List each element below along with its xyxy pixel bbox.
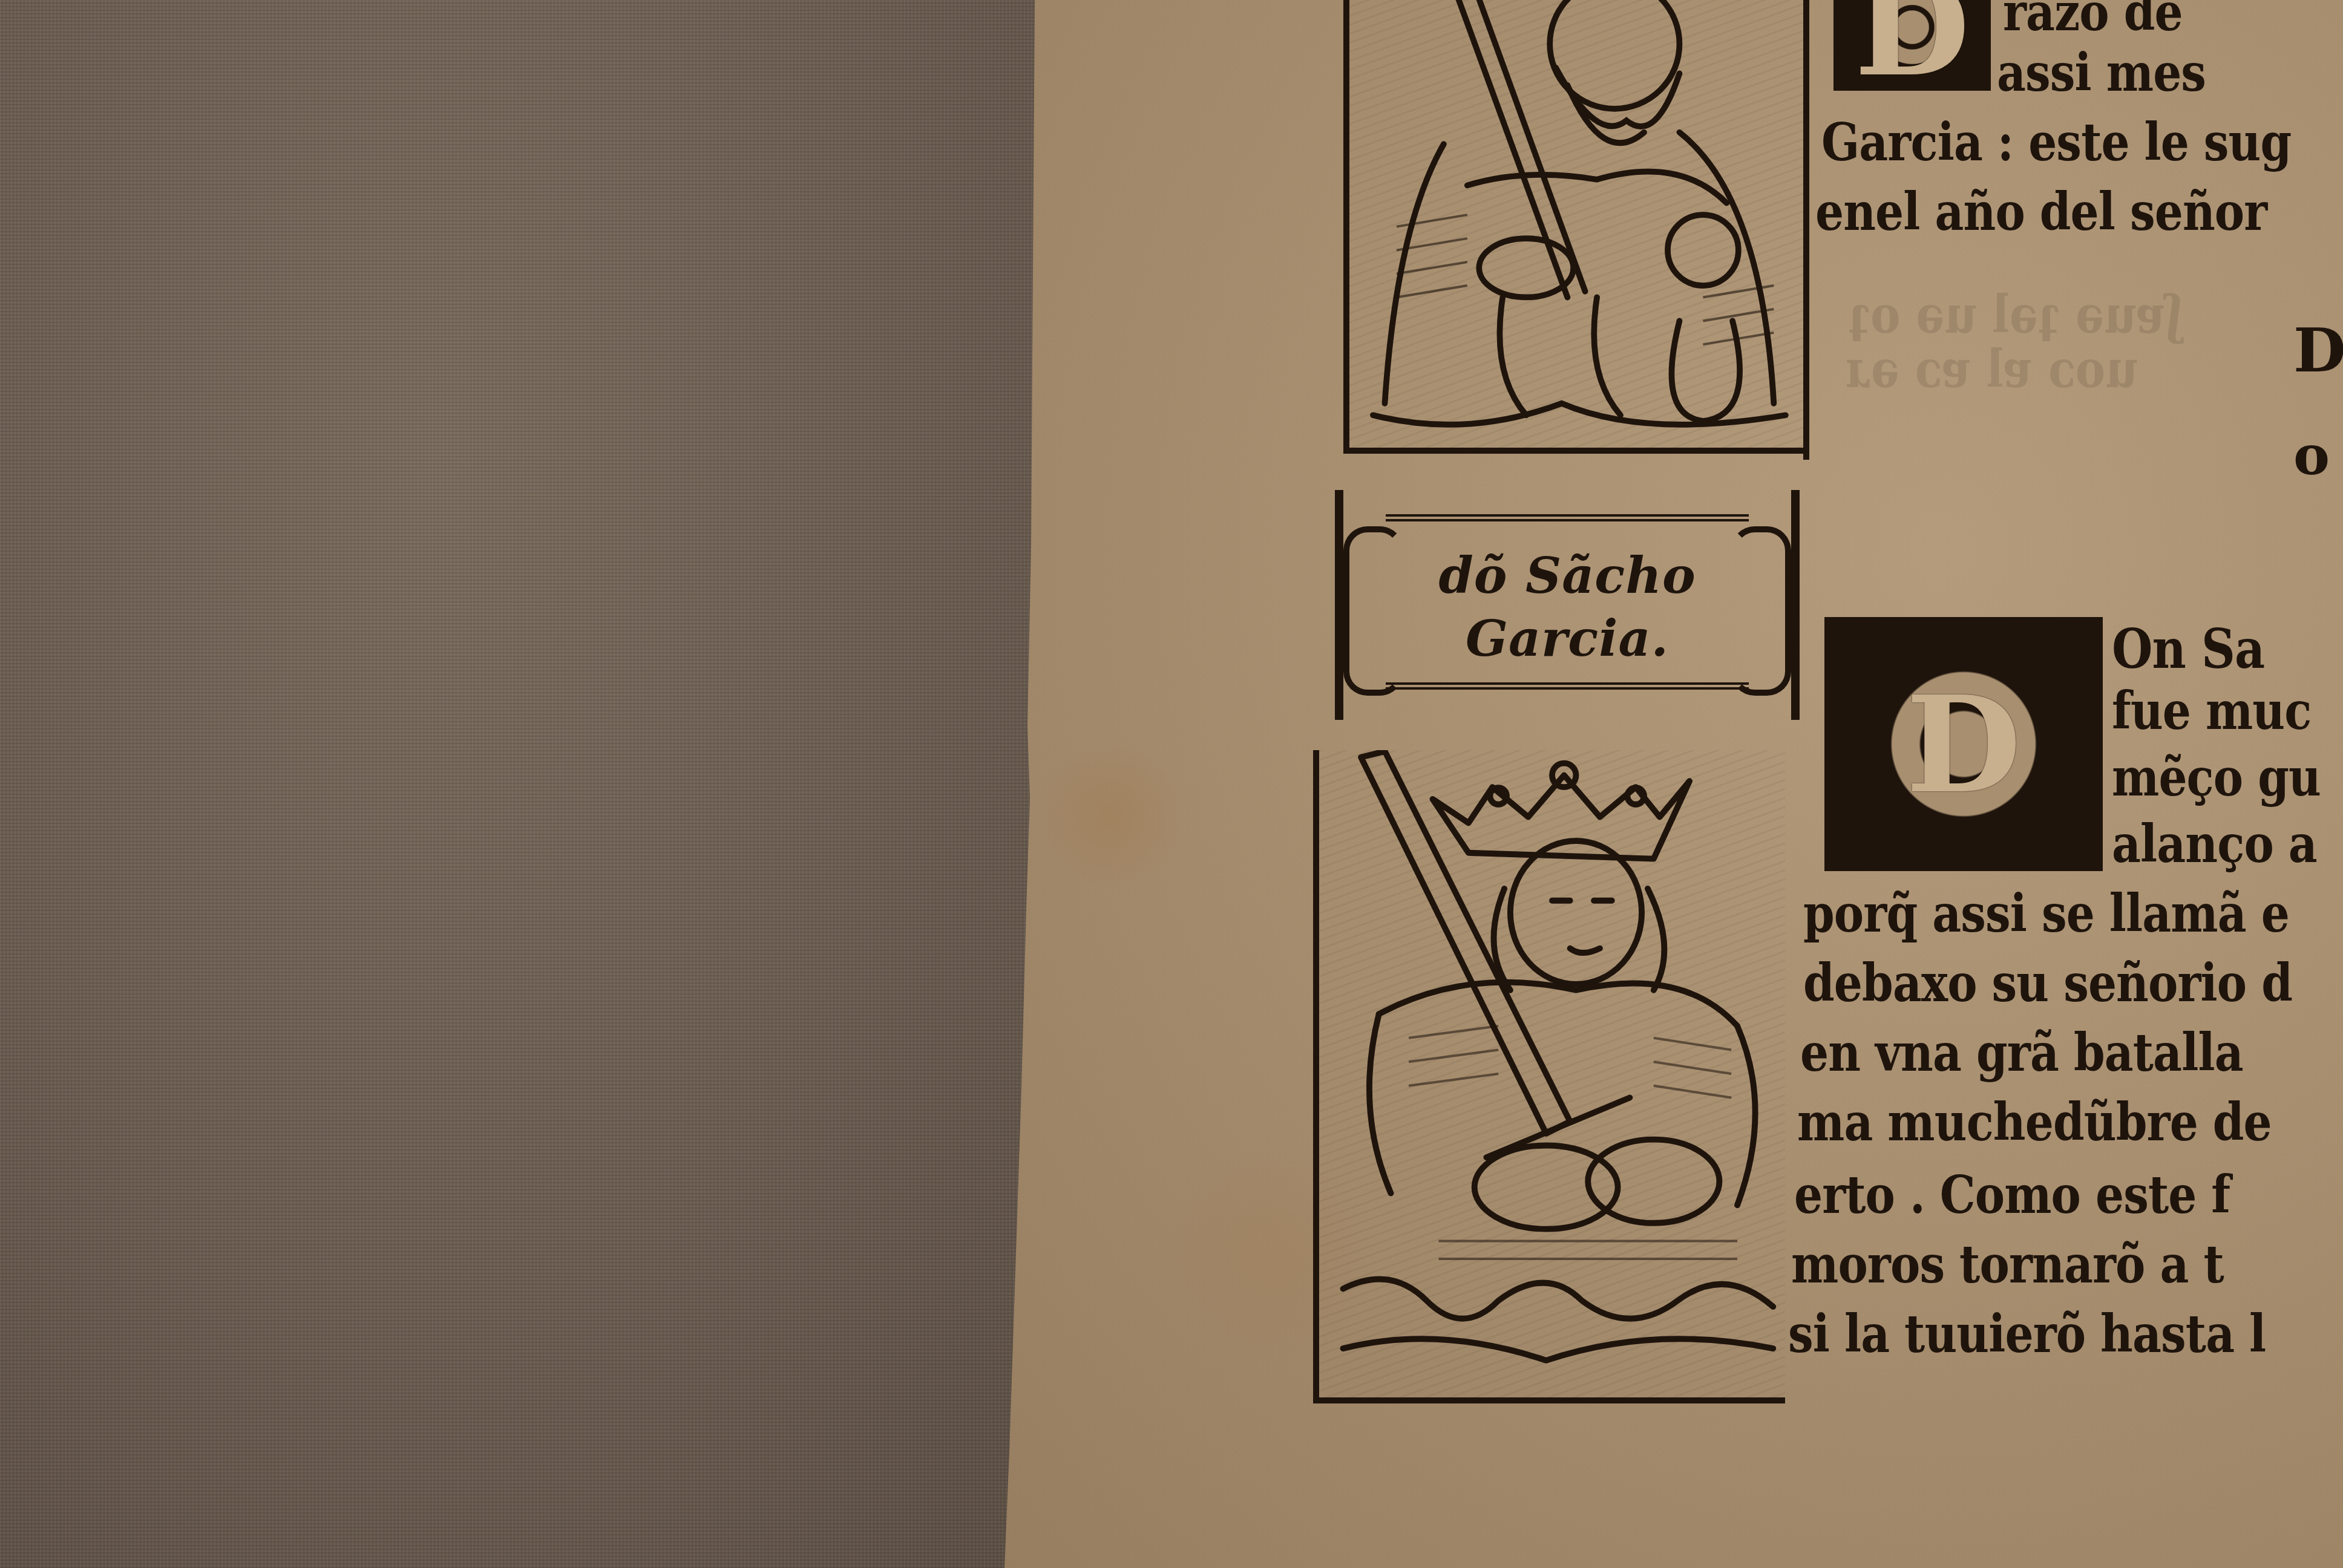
text-line: erto . Como este f bbox=[1794, 1165, 2230, 1226]
banderole-name: dõ Sãcho Garcia. bbox=[1331, 544, 1803, 670]
text-line: assi mes bbox=[1997, 42, 2206, 103]
partial-heading-letter: D bbox=[2293, 315, 2343, 386]
cloth-background bbox=[0, 0, 1089, 1568]
text-line: mẽço gu bbox=[2112, 747, 2321, 808]
bleed-through-text: uoɔ ɐl ɐɔ ǝɹ bbox=[1845, 339, 2138, 400]
woodcut-upper-portrait bbox=[1343, 0, 1809, 454]
text-line: moros tornarõ a t bbox=[1791, 1234, 2224, 1295]
text-line: enel año del señor bbox=[1815, 181, 2267, 243]
text-line: On Sa bbox=[2112, 617, 2264, 681]
banderole-name-line2: Garcia. bbox=[1331, 607, 1803, 670]
banderole-name-line1: dõ Sãcho bbox=[1331, 544, 1803, 607]
text-line: ma muchedũbre de bbox=[1797, 1092, 2272, 1153]
decorated-initial-top: D bbox=[1833, 0, 1991, 91]
text-line: Garcia : este le sug bbox=[1821, 112, 2291, 173]
bearded-king-icon bbox=[1349, 0, 1803, 448]
text-line: alanço a bbox=[2112, 814, 2317, 875]
column-rule bbox=[1803, 0, 1809, 460]
text-line: fue muc bbox=[2112, 681, 2311, 742]
text-line: debaxo su señorio d bbox=[1803, 953, 2292, 1014]
text-line: razo de bbox=[2003, 0, 2183, 43]
crowned-king-with-sword-icon bbox=[1319, 750, 1785, 1397]
text-line: si la tuuierõ hasta l bbox=[1788, 1304, 2266, 1365]
name-banderole: dõ Sãcho Garcia. bbox=[1331, 478, 1803, 732]
text-line: en vna grã batalla bbox=[1800, 1022, 2243, 1083]
decorated-initial-main: D bbox=[1824, 617, 2103, 871]
woodcut-lower-portrait bbox=[1313, 750, 1785, 1403]
photograph: dõ Sãcho Garcia. bbox=[0, 0, 2343, 1568]
initial-letter-top: D bbox=[1841, 0, 1984, 83]
initial-letter-main: D bbox=[1832, 624, 2096, 864]
text-line: porq̃ assi se llamã e bbox=[1803, 883, 2289, 944]
bleed-through-text: ʃɐuǝ ʇǝl uǝ oʇ bbox=[1849, 284, 2181, 345]
partial-heading-letter: o bbox=[2293, 423, 2330, 488]
